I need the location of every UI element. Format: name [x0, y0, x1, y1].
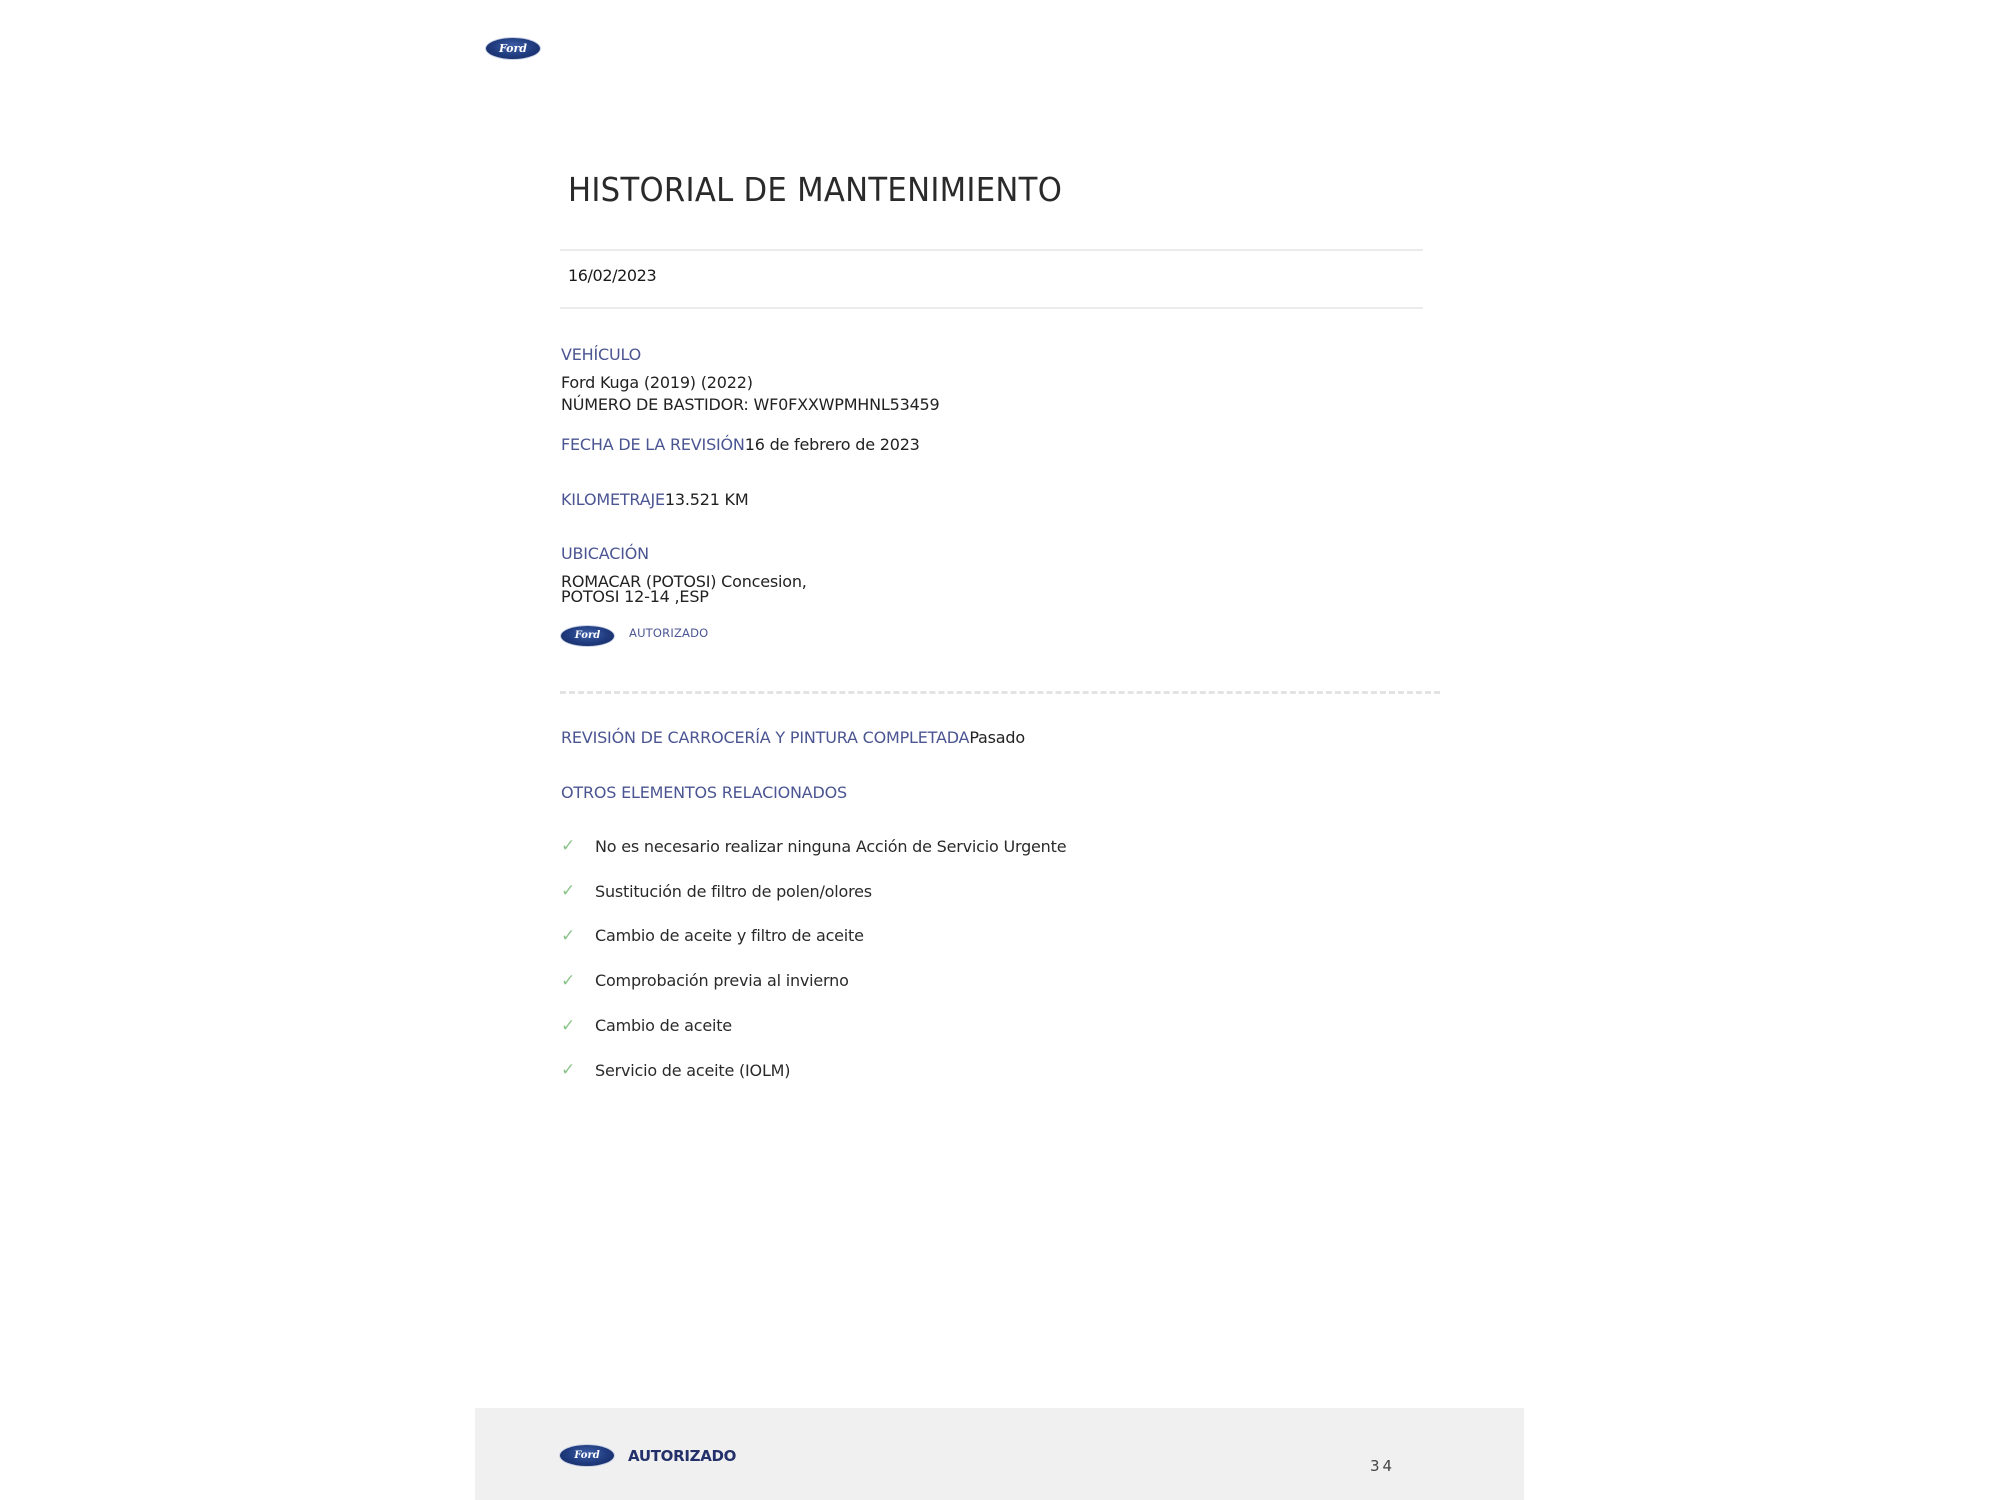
check-icon: ✓ [561, 836, 595, 856]
list-item: ✓No es necesario realizar ninguna Acción… [561, 824, 1066, 869]
vehicle-vin: NÚMERO DE BASTIDOR: WF0FXXWPMHNL53459 [561, 395, 940, 414]
location-label: UBICACIÓN [561, 544, 649, 563]
page-footer: Ford AUTORIZADO 34 [475, 1408, 1524, 1500]
check-icon: ✓ [561, 1016, 595, 1036]
page-title: HISTORIAL DE MANTENIMIENTO [568, 170, 1062, 209]
related-items-list: ✓No es necesario realizar ninguna Acción… [561, 824, 1066, 1093]
divider-top [560, 249, 1423, 251]
location-line2: POTOSI 12-14 ,ESP [561, 589, 807, 604]
mileage-label: KILOMETRAJE [561, 490, 665, 509]
ford-logo-text: Ford [574, 1451, 599, 1461]
list-item: ✓Comprobación previa al invierno [561, 958, 1066, 1003]
vehicle-model: Ford Kuga (2019) (2022) [561, 373, 753, 392]
body-paint-row: REVISIÓN DE CARROCERÍA Y PINTURA COMPLET… [561, 728, 1025, 747]
ford-logo-text: Ford [499, 43, 527, 54]
body-paint-label: REVISIÓN DE CARROCERÍA Y PINTURA COMPLET… [561, 728, 969, 747]
location-address: ROMACAR (POTOSI) Concesion, POTOSI 12-14… [561, 574, 807, 604]
dashed-divider [560, 691, 1440, 694]
footer-authorized-text: AUTORIZADO [628, 1447, 736, 1465]
revision-date-row: FECHA DE LA REVISIÓN16 de febrero de 202… [561, 435, 920, 454]
ford-logo-icon: Ford [561, 626, 614, 646]
ford-logo-icon: Ford [560, 1445, 614, 1466]
check-icon: ✓ [561, 881, 595, 901]
page-number: 34 [1370, 1457, 1395, 1475]
check-icon: ✓ [561, 971, 595, 991]
ford-logo-icon: Ford [486, 38, 540, 59]
vehicle-label: VEHÍCULO [561, 345, 641, 364]
list-item-text: Cambio de aceite y filtro de aceite [595, 926, 864, 945]
list-item-text: Comprobación previa al invierno [595, 971, 849, 990]
body-paint-value: Pasado [969, 728, 1025, 747]
list-item-text: Sustitución de filtro de polen/olores [595, 882, 872, 901]
list-item: ✓Cambio de aceite y filtro de aceite [561, 914, 1066, 959]
check-icon: ✓ [561, 1060, 595, 1080]
revision-date-label: FECHA DE LA REVISIÓN [561, 435, 745, 454]
ford-logo-text: Ford [575, 631, 600, 641]
mileage-value: 13.521 KM [665, 490, 749, 509]
list-item-text: Servicio de aceite (IOLM) [595, 1061, 790, 1080]
document-date: 16/02/2023 [568, 266, 656, 285]
revision-date-value: 16 de febrero de 2023 [745, 435, 920, 454]
divider-bottom [560, 307, 1423, 309]
list-item: ✓Cambio de aceite [561, 1003, 1066, 1048]
mileage-row: KILOMETRAJE13.521 KM [561, 490, 748, 509]
authorized-badge-text: AUTORIZADO [629, 626, 708, 640]
check-icon: ✓ [561, 926, 595, 946]
list-item: ✓Sustitución de filtro de polen/olores [561, 869, 1066, 914]
list-item: ✓Servicio de aceite (IOLM) [561, 1048, 1066, 1093]
related-items-label: OTROS ELEMENTOS RELACIONADOS [561, 783, 847, 802]
list-item-text: No es necesario realizar ninguna Acción … [595, 837, 1066, 856]
list-item-text: Cambio de aceite [595, 1016, 732, 1035]
